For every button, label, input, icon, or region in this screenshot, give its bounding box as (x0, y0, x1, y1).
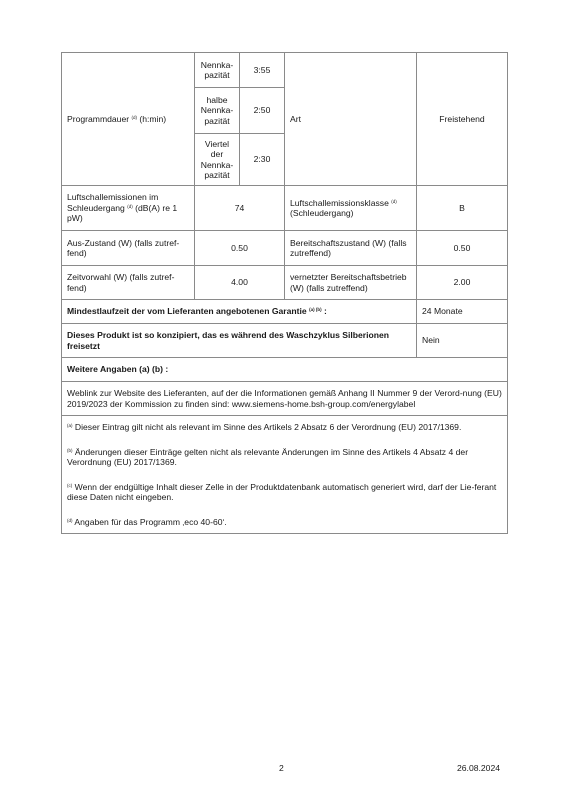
standby-value: 0.50 (417, 231, 508, 266)
table-row: Aus-Zustand (W) (falls zutref- fend) 0.5… (62, 231, 508, 266)
networked-standby-value: 2.00 (417, 266, 508, 300)
standby-label: Bereitschaftszustand (W) (falls zutreffe… (285, 231, 417, 266)
type-value: Freistehend (417, 53, 508, 186)
footnote-c: (c) Wenn der endgültige Inhalt dieser Ze… (67, 482, 502, 503)
table-row: Mindestlaufzeit der vom Lieferanten ange… (62, 300, 508, 324)
silver-ions-value: Nein (417, 324, 508, 358)
product-info-table: Programmdauer (d) (h:min) Nennka- pazitä… (61, 52, 508, 534)
noise-class-value: B (417, 186, 508, 231)
program-duration-label: Programmdauer (d) (h:min) (62, 53, 195, 186)
quarter-capacity-value: 2:30 (240, 134, 285, 186)
table-row: (a) Dieser Eintrag gilt nicht als releva… (62, 416, 508, 534)
noise-emission-value: 74 (195, 186, 285, 231)
networked-standby-label: vernetzter Bereitschaftsbetrieb (W) (fal… (285, 266, 417, 300)
footnote-d: (d) Angaben für das Programm ‚eco 40-60‘… (67, 517, 502, 528)
guarantee-label: Mindestlaufzeit der vom Lieferanten ange… (62, 300, 417, 324)
table-row: Zeitvorwahl (W) (falls zutref- fend) 4.0… (62, 266, 508, 300)
delay-start-label: Zeitvorwahl (W) (falls zutref- fend) (62, 266, 195, 300)
off-mode-label: Aus-Zustand (W) (falls zutref- fend) (62, 231, 195, 266)
further-info-heading: Weitere Angaben (a) (b) : (62, 358, 508, 382)
type-label: Art (285, 53, 417, 186)
table-row: Programmdauer (d) (h:min) Nennka- pazitä… (62, 53, 508, 88)
page-number: 2 (279, 763, 284, 773)
half-capacity-value: 2:50 (240, 88, 285, 134)
guarantee-value: 24 Monate (417, 300, 508, 324)
off-mode-value: 0.50 (195, 231, 285, 266)
noise-class-label: Luftschallemissionsklasse (d)(Schleuderg… (285, 186, 417, 231)
document-date: 26.08.2024 (457, 763, 500, 773)
table-row: Weitere Angaben (a) (b) : (62, 358, 508, 382)
quarter-capacity-label: Viertel der Nennka- pazität (195, 134, 240, 186)
document-page: Programmdauer (d) (h:min) Nennka- pazitä… (0, 0, 566, 800)
silver-ions-label: Dieses Produkt ist so konzipiert, das es… (62, 324, 417, 358)
footnote-b: (b) Änderungen dieser Einträge gelten ni… (67, 447, 502, 468)
footnote-a: (a) Dieser Eintrag gilt nicht als releva… (67, 422, 502, 433)
table-row: Luftschallemissionen im Schleudergang (d… (62, 186, 508, 231)
noise-emission-label: Luftschallemissionen im Schleudergang (d… (62, 186, 195, 231)
rated-capacity-value: 3:55 (240, 53, 285, 88)
rated-capacity-label: Nennka- pazität (195, 53, 240, 88)
supplier-weblink: Weblink zur Website des Lieferanten, auf… (62, 382, 508, 416)
table-row: Dieses Produkt ist so konzipiert, das es… (62, 324, 508, 358)
table-row: Weblink zur Website des Lieferanten, auf… (62, 382, 508, 416)
footnotes-cell: (a) Dieser Eintrag gilt nicht als releva… (62, 416, 508, 534)
delay-start-value: 4.00 (195, 266, 285, 300)
half-capacity-label: halbe Nennka- pazität (195, 88, 240, 134)
